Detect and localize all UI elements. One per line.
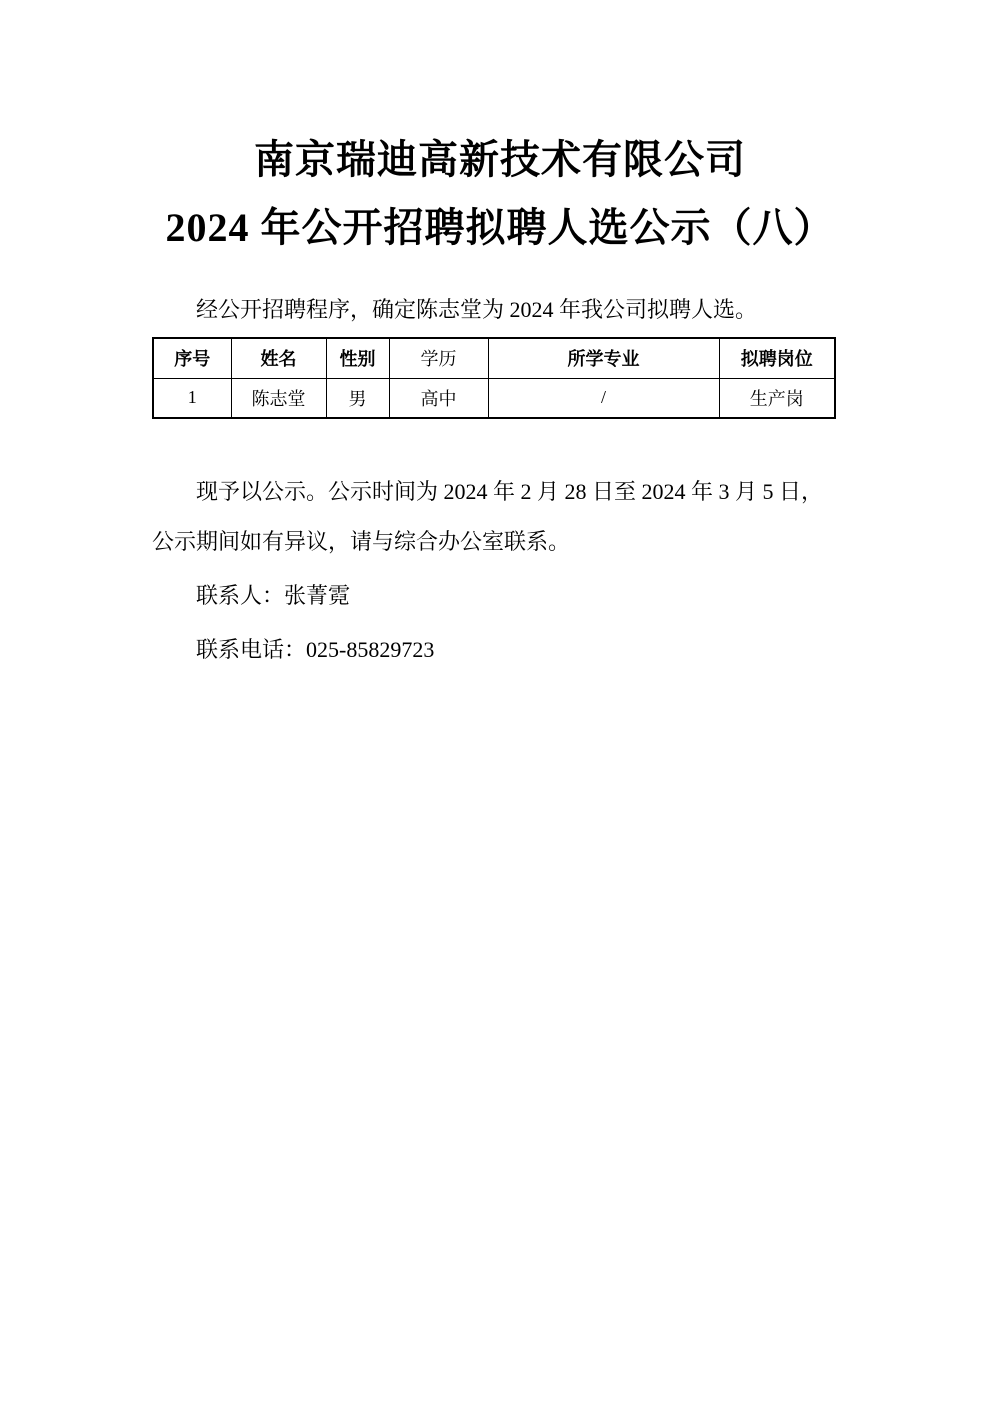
header-cell-gender: 性别: [326, 338, 389, 378]
document-content: 南京瑞迪高新技术有限公司 2024 年公开招聘拟聘人选公示（八） 经公开招聘程序…: [0, 136, 1000, 675]
notice-line-1: 现予以公示。公示时间为 2024 年 2 月 28 日至 2024 年 3 月 …: [152, 467, 848, 517]
cell-serial: 1: [153, 378, 231, 418]
cell-name: 陈志堂: [231, 378, 326, 418]
header-cell-name: 姓名: [231, 338, 326, 378]
table-row: 1 陈志堂 男 高中 / 生产岗: [153, 378, 835, 418]
cell-position: 生产岗: [719, 378, 835, 418]
cell-gender: 男: [326, 378, 389, 418]
document-title-line2: 2024 年公开招聘拟聘人选公示（八）: [152, 204, 848, 252]
intro-paragraph: 经公开招聘程序，确定陈志堂为 2024 年我公司拟聘人选。: [152, 296, 848, 323]
notice-paragraph: 现予以公示。公示时间为 2024 年 2 月 28 日至 2024 年 3 月 …: [152, 467, 848, 567]
notice-line-2: 公示期间如有异议，请与综合办公室联系。: [152, 517, 848, 567]
contact-phone-line: 联系电话：025-85829723: [152, 625, 848, 675]
document-title-line1: 南京瑞迪高新技术有限公司: [152, 136, 848, 184]
header-cell-serial: 序号: [153, 338, 231, 378]
candidate-table: 序号 姓名 性别 学历 所学专业 拟聘岗位 1 陈志堂 男 高中 / 生产岗: [152, 337, 836, 419]
cell-education: 高中: [389, 378, 488, 418]
cell-major: /: [488, 378, 719, 418]
header-cell-education: 学历: [389, 338, 488, 378]
document-page: 南京瑞迪高新技术有限公司 2024 年公开招聘拟聘人选公示（八） 经公开招聘程序…: [0, 0, 1000, 1414]
contact-person-line: 联系人：张菁霓: [152, 571, 848, 621]
header-cell-major: 所学专业: [488, 338, 719, 378]
table-header-row: 序号 姓名 性别 学历 所学专业 拟聘岗位: [153, 338, 835, 378]
header-cell-position: 拟聘岗位: [719, 338, 835, 378]
